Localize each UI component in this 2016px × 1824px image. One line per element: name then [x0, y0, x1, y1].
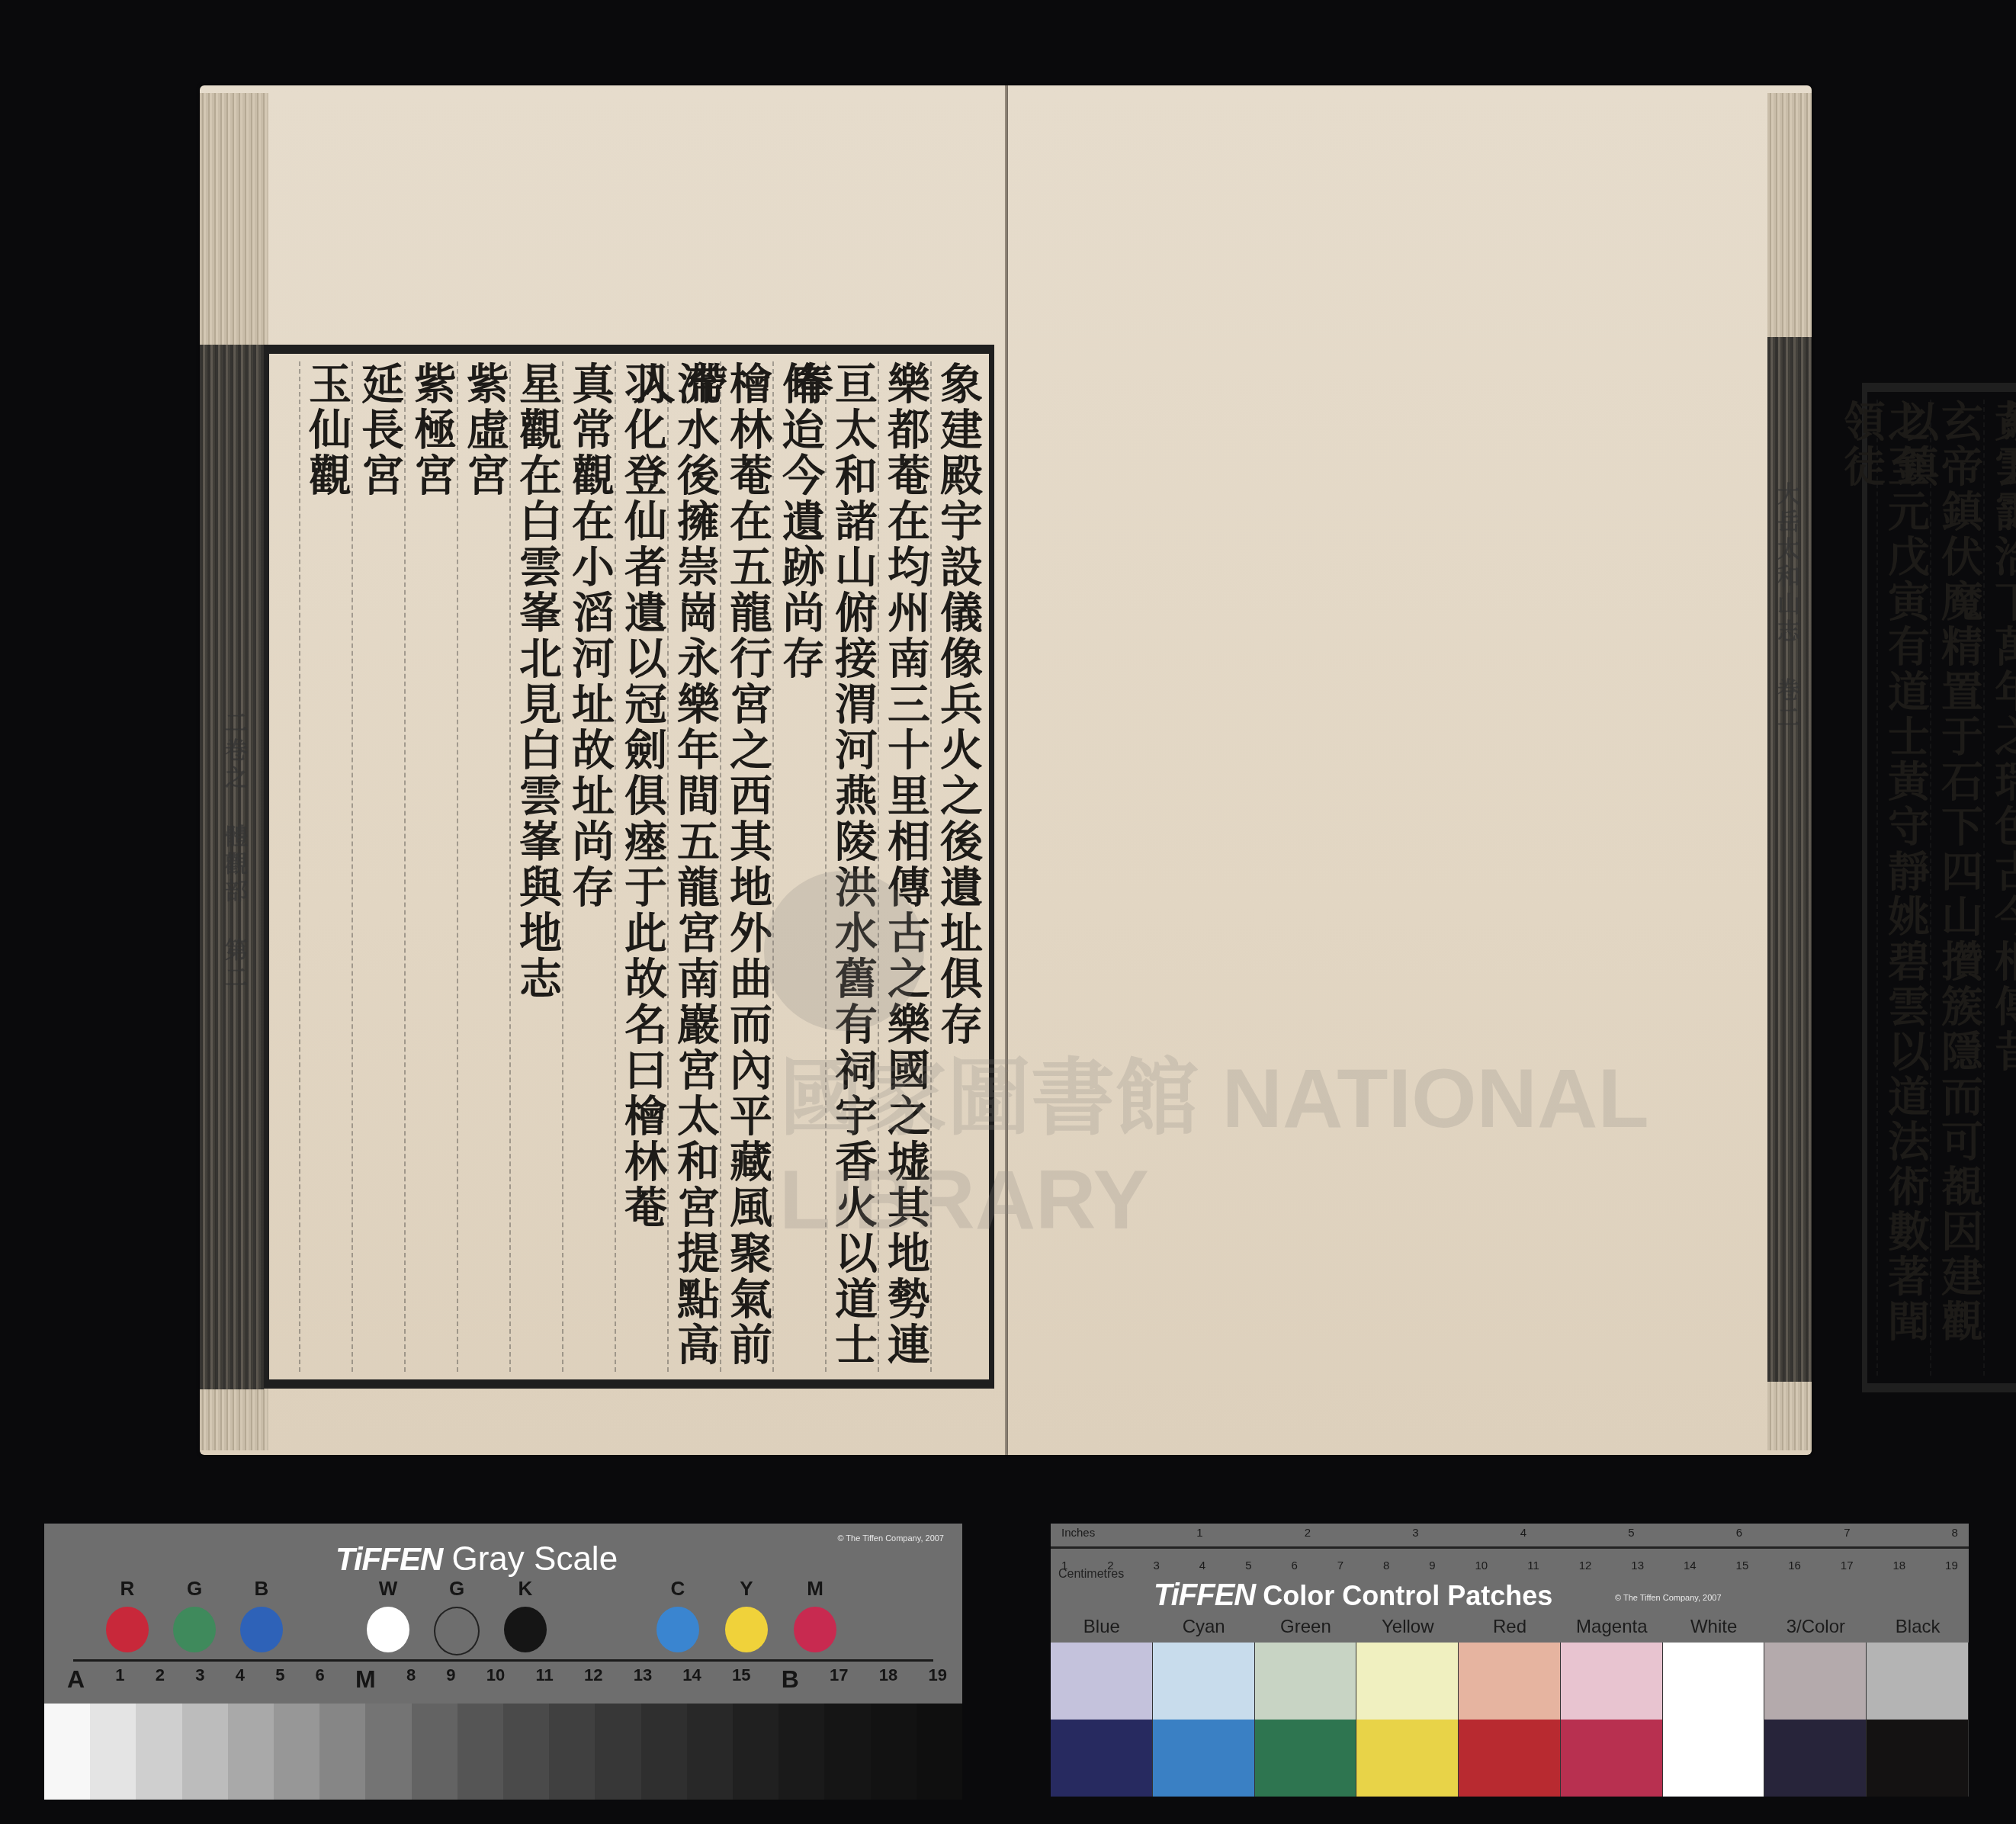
g-circle-icon: [434, 1607, 480, 1655]
text-column: 玉仙觀: [299, 361, 352, 1372]
cm-tick: 7: [1337, 1559, 1343, 1572]
gray-step-patch: [871, 1704, 917, 1800]
step-label: 5: [275, 1665, 284, 1693]
light-patch: [1867, 1643, 1969, 1720]
color-card-title: TiFFEN Color Control Patches: [1154, 1578, 1552, 1613]
b-circle-icon: [240, 1607, 283, 1652]
reference-dot: Y: [723, 1577, 770, 1652]
dark-patch: [1867, 1720, 1969, 1797]
text-column: 玄帝鎮伏魔精置于石下四山攢簇隱而可覩因建觀以鎮: [1930, 400, 1983, 1376]
text-column: 流水後擁崇崗永樂年間五龍宮南巖宮太和宮提點高人: [667, 361, 720, 1372]
step-label: 14: [682, 1665, 701, 1693]
step-label: 10: [486, 1665, 505, 1693]
dot-label: M: [791, 1577, 839, 1601]
gray-step-patch: [319, 1704, 365, 1800]
light-patch: [1663, 1643, 1765, 1720]
step-label: 1: [115, 1665, 124, 1693]
step-label: 8: [406, 1665, 416, 1693]
gray-step-patch: [824, 1704, 870, 1800]
dark-patch: [1459, 1720, 1561, 1797]
dark-patch: [1255, 1720, 1357, 1797]
cm-tick: 5: [1245, 1559, 1251, 1572]
y-circle-icon: [725, 1607, 768, 1652]
dot-label: Y: [723, 1577, 770, 1601]
light-patch: [1561, 1643, 1663, 1720]
step-label: 6: [316, 1665, 325, 1693]
right-gutter-label: 大岳太和山志 卷二: [1769, 482, 1803, 733]
step-label: 11: [535, 1665, 553, 1693]
left-text-columns: 象建殿宇設儀像兵火之後遺址俱存樂都菴在均州南三十里相傳古之樂國之墟其地勢連亘太和…: [275, 361, 983, 1372]
step-label: 2: [156, 1665, 165, 1693]
dot-label: K: [502, 1577, 549, 1601]
step-label: B: [782, 1665, 799, 1693]
left-text-frame: 象建殿宇設儀像兵火之後遺址俱存樂都菴在均州南三十里相傳古之樂國之墟其地勢連亘太和…: [264, 345, 994, 1389]
gray-scale-title-text: Gray Scale: [451, 1540, 618, 1578]
cm-tick: 18: [1892, 1559, 1905, 1572]
step-label: 4: [236, 1665, 245, 1693]
text-column: 檜林菴在五龍行宮之西其地外曲而內平藏風聚氣前帶: [720, 361, 772, 1372]
dark-patch: [1561, 1720, 1663, 1797]
gray-step-patch: [549, 1704, 595, 1800]
step-label: 19: [928, 1665, 946, 1693]
gray-step-patch: [182, 1704, 228, 1800]
step-label: 13: [634, 1665, 652, 1693]
tiffen-logo: TiFFEN: [1154, 1578, 1255, 1612]
reference-dot: G: [171, 1577, 218, 1652]
dark-patch: [1153, 1720, 1255, 1797]
left-page: 二卷之 體觀部 第二 象建殿宇設儀像兵火之後遺址俱存樂都菴在均州南三十里相傳古之…: [200, 85, 1006, 1455]
reference-dot: G: [433, 1577, 480, 1655]
light-patch: [1459, 1643, 1561, 1720]
reference-dot: W: [364, 1577, 412, 1652]
gray-step-patch: [641, 1704, 687, 1800]
light-patch: [1051, 1643, 1153, 1720]
gray-step-patch: [503, 1704, 549, 1800]
divider-rule: [73, 1659, 933, 1662]
cm-tick: 15: [1736, 1559, 1749, 1572]
text-column: 黃雲靄洽下萬年之瑞色古今相傳昔: [1983, 400, 2016, 1376]
patch-names: BlueCyanGreenYellowRedMagentaWhite3/Colo…: [1051, 1617, 1969, 1638]
patch-name: Black: [1867, 1617, 1969, 1638]
cm-tick: 12: [1579, 1559, 1592, 1572]
color-card-copyright: © The Tiffen Company, 2007: [1615, 1594, 1722, 1603]
gray-step-patch: [365, 1704, 411, 1800]
cm-tick: 13: [1631, 1559, 1644, 1572]
text-column: 延長宮: [352, 361, 404, 1372]
c-circle-icon: [656, 1607, 699, 1652]
step-label: 18: [879, 1665, 897, 1693]
inch-label: Inches: [1061, 1527, 1095, 1540]
dot-label: R: [104, 1577, 151, 1601]
gray-step-patch: [274, 1704, 319, 1800]
text-column: 之至元戊寅有道士黃守靜姚碧雲以道法術數著聞領徒: [1876, 400, 1930, 1376]
step-label: 12: [584, 1665, 602, 1693]
dot-label: G: [171, 1577, 218, 1601]
light-patch: [1153, 1643, 1255, 1720]
text-column: 樂都菴在均州南三十里相傳古之樂國之墟其地勢連: [878, 361, 930, 1372]
cm-label: Centimetres: [1058, 1568, 1124, 1582]
dot-label: G: [433, 1577, 480, 1601]
inch-tick: 5: [1628, 1527, 1634, 1540]
text-column: 真常觀在小滔河址故址尚存: [562, 361, 615, 1372]
inch-tick: 3: [1412, 1527, 1418, 1540]
gray-step-patch: [917, 1704, 962, 1800]
w-circle-icon: [367, 1607, 409, 1652]
gray-step-labels: A123456M89101112131415B171819: [67, 1665, 947, 1693]
left-gutter-label: 二卷之 體觀部 第二: [217, 711, 250, 993]
gray-step-patch: [457, 1704, 503, 1800]
cm-tick: 16: [1788, 1559, 1801, 1572]
inch-tick: 1: [1196, 1527, 1202, 1540]
patch-name: Blue: [1051, 1617, 1153, 1638]
gray-step-patch: [687, 1704, 733, 1800]
gray-step-patch: [595, 1704, 640, 1800]
gray-step-patch: [44, 1704, 90, 1800]
gray-scale-copyright: © The Tiffen Company, 2007: [837, 1534, 944, 1543]
cm-tick: 11: [1527, 1559, 1539, 1572]
m-circle-icon: [794, 1607, 836, 1652]
light-patch: [1356, 1643, 1459, 1720]
cm-tick: 8: [1383, 1559, 1389, 1572]
inch-tick: 8: [1952, 1527, 1958, 1540]
gray-step-patch: [733, 1704, 778, 1800]
step-label: 3: [195, 1665, 204, 1693]
reference-dots: RGBWGKCYM: [44, 1577, 962, 1653]
patch-name: Magenta: [1561, 1617, 1663, 1638]
r-circle-icon: [106, 1607, 149, 1652]
gray-scale-card: TiFFEN Gray Scale © The Tiffen Company, …: [44, 1524, 962, 1800]
gray-step-patch: [136, 1704, 181, 1800]
color-card-title-text: Color Control Patches: [1263, 1580, 1552, 1611]
step-label: 9: [446, 1665, 455, 1693]
dark-patch: [1663, 1720, 1765, 1797]
dark-patch: [1051, 1720, 1153, 1797]
step-label: A: [67, 1665, 85, 1693]
gray-scale-title: TiFFEN Gray Scale: [335, 1540, 618, 1578]
cm-tick: 4: [1199, 1559, 1205, 1572]
inch-tick: 2: [1305, 1527, 1311, 1540]
text-column: 羽化登仙者遺以冠劍俱瘞于此故名曰檜林菴: [615, 361, 667, 1372]
text-column: 紫極宮: [404, 361, 457, 1372]
step-label: 15: [732, 1665, 750, 1693]
gray-step-patch: [228, 1704, 274, 1800]
inch-tick: 4: [1520, 1527, 1526, 1540]
dark-patch: [1764, 1720, 1867, 1797]
cm-tick: 10: [1475, 1559, 1488, 1572]
right-text-frame: 欽除道士清善淵受以印記管領本州道教令高弟子易本中仍領道正之職迎恩真觀在迎恩宮之東…: [1862, 383, 2016, 1392]
dot-label: C: [654, 1577, 701, 1601]
light-patch: [1255, 1643, 1357, 1720]
text-column: 象建殿宇設儀像兵火之後遺址俱存: [930, 361, 983, 1372]
patch-name: Cyan: [1153, 1617, 1255, 1638]
color-patch-grid: [1051, 1643, 1969, 1797]
cm-tick: 14: [1684, 1559, 1697, 1572]
g-circle-icon: [173, 1607, 216, 1652]
patch-name: 3/Color: [1764, 1617, 1867, 1638]
inch-tick: 7: [1844, 1527, 1850, 1540]
text-column: 亘太和諸山俯接渭河燕陵洪水舊有祠宇香火以道士奉: [825, 361, 878, 1372]
patch-name: Green: [1255, 1617, 1357, 1638]
step-label: M: [355, 1665, 376, 1693]
open-book: 二卷之 體觀部 第二 象建殿宇設儀像兵火之後遺址俱存樂都菴在均州南三十里相傳古之…: [200, 85, 1812, 1455]
patch-name: Red: [1459, 1617, 1561, 1638]
reference-dot: M: [791, 1577, 839, 1652]
tiffen-logo: TiFFEN: [335, 1541, 442, 1577]
reference-dot: R: [104, 1577, 151, 1652]
inch-ruler: Inches12345678: [1051, 1524, 1969, 1549]
k-circle-icon: [504, 1607, 547, 1652]
gray-step-patch: [412, 1704, 457, 1800]
cm-ruler: 12345678910111213141516171819: [1051, 1549, 1969, 1575]
dot-label: W: [364, 1577, 412, 1601]
cm-tick: 6: [1291, 1559, 1297, 1572]
text-column: 星觀在白雲峯北見白雲峯與地志: [509, 361, 562, 1372]
light-patch: [1764, 1643, 1867, 1720]
color-control-card: Inches12345678 1234567891011121314151617…: [1051, 1524, 1969, 1797]
dot-label: B: [238, 1577, 285, 1601]
text-column: 脩迨今遺跡尚存: [772, 361, 825, 1372]
right-page: 大岳太和山志 卷二 欽除道士清善淵受以印記管領本州道教令高弟子易本中仍領道正之職…: [1008, 85, 1812, 1455]
gray-step-patch: [778, 1704, 824, 1800]
step-label: 17: [830, 1665, 848, 1693]
right-text-columns: 欽除道士清善淵受以印記管領本州道教令高弟子易本中仍領道正之職迎恩真觀在迎恩宮之東…: [1873, 400, 2016, 1376]
reference-dot: K: [502, 1577, 549, 1652]
cm-tick: 17: [1841, 1559, 1854, 1572]
patch-name: Yellow: [1356, 1617, 1459, 1638]
cm-tick: 3: [1154, 1559, 1160, 1572]
patch-name: White: [1663, 1617, 1765, 1638]
gray-step-patches: [44, 1704, 962, 1800]
text-column: 紫虛宮: [457, 361, 509, 1372]
reference-dot: C: [654, 1577, 701, 1652]
gray-step-patch: [90, 1704, 136, 1800]
reference-dot: B: [238, 1577, 285, 1652]
cm-tick: 9: [1429, 1559, 1435, 1572]
inch-tick: 6: [1736, 1527, 1742, 1540]
cm-tick: 19: [1945, 1559, 1958, 1572]
dark-patch: [1356, 1720, 1459, 1797]
